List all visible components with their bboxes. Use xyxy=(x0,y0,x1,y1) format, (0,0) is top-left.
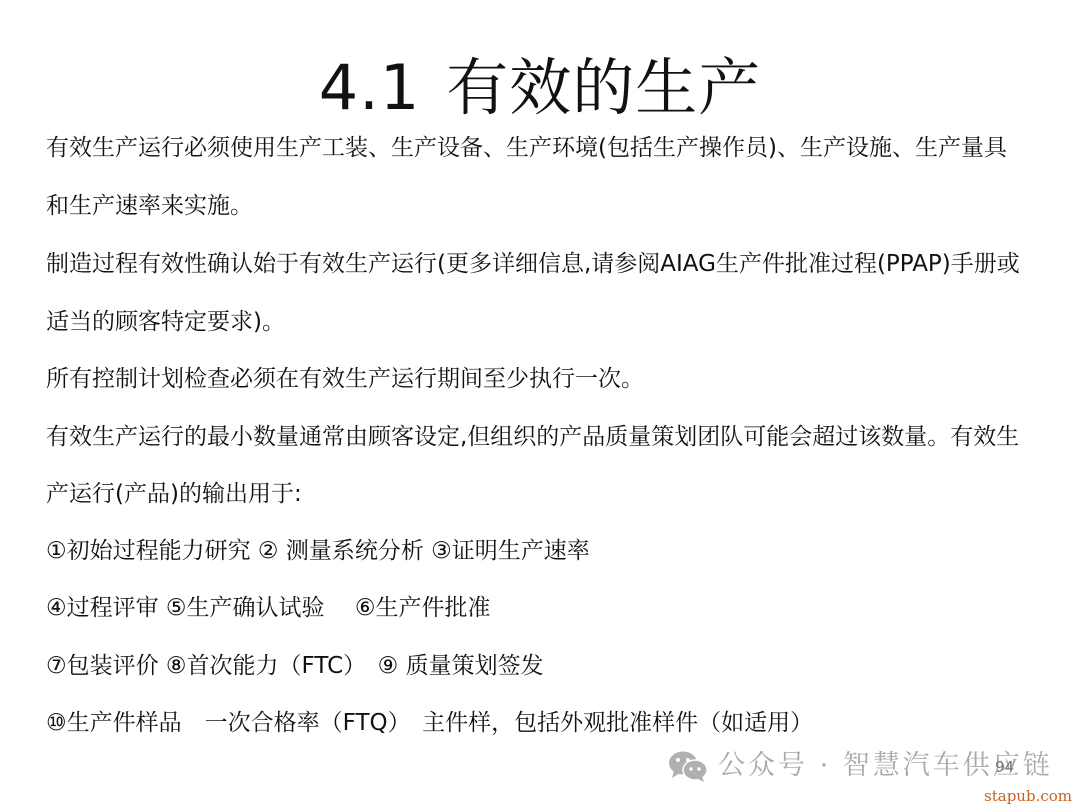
body-line-1: 有效生产运行必须使用生产工装、生产设备、生产环境(包括生产操作员)、生产设施、生… xyxy=(46,133,1007,163)
output-list-line-4: ⑩生产件样品 一次合格率（FTQ） 主件样，包括外观批准样件（如适用） xyxy=(46,708,813,738)
output-list-line-2: ④过程评审 ⑤生产确认试验 ⑥生产件批准 xyxy=(46,593,490,623)
body-line-2: 和生产速率来实施。 xyxy=(46,191,253,221)
body-line-4: 适当的顾客特定要求)。 xyxy=(46,307,285,337)
output-list-line-3: ⑦包装评价 ⑧首次能力（FTC） ⑨ 质量策划签发 xyxy=(46,651,544,681)
section-title-text: 有效的生产 xyxy=(446,51,761,124)
page-number: 94 xyxy=(995,758,1014,776)
site-watermark: stapub.com xyxy=(984,787,1072,805)
body-line-5: 所有控制计划检查必须在有效生产运行期间至少执行一次。 xyxy=(46,364,644,394)
section-number: 4.1 xyxy=(319,51,421,124)
slide-title: 4.1有效的生产 xyxy=(0,48,1080,128)
output-list-line-1: ①初始过程能力研究 ② 测量系统分析 ③证明生产速率 xyxy=(46,536,590,566)
body-line-7: 产运行(产品)的输出用于: xyxy=(46,479,302,509)
body-line-3: 制造过程有效性确认始于有效生产运行(更多详细信息,请参阅AIAG生产件批准过程(… xyxy=(46,249,1020,279)
body-line-6: 有效生产运行的最小数量通常由顾客设定,但组织的产品质量策划团队可能会超过该数量。… xyxy=(46,422,1019,452)
wechat-icon xyxy=(668,750,708,782)
